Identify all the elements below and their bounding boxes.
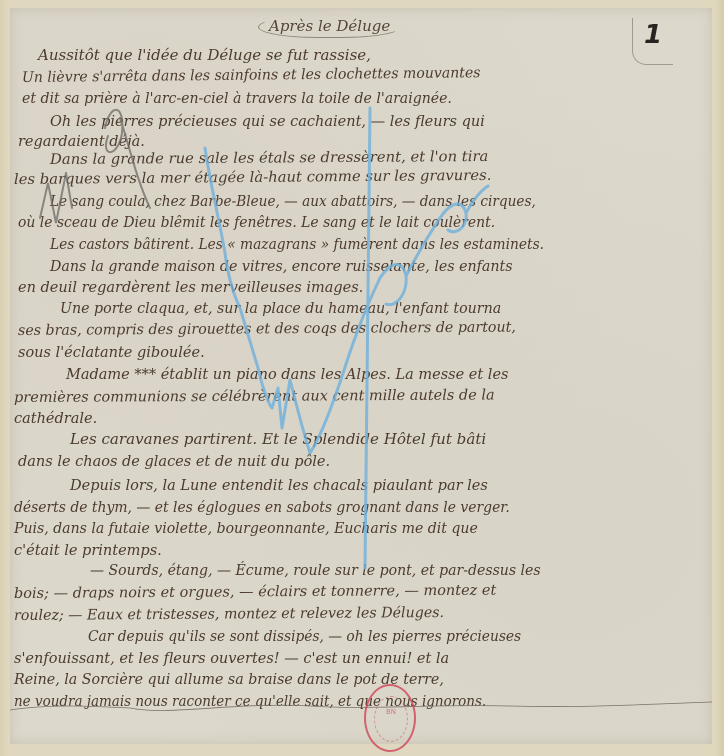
text-line: dans le chaos de glaces et de nuit du pô… bbox=[18, 454, 330, 470]
text-line: et dit sa prière à l'arc-en-ciel à trave… bbox=[22, 91, 452, 107]
text-line: Depuis lors, la Lune entendit les chacal… bbox=[70, 478, 488, 494]
text-line: s'enfouissant, et les fleurs ouvertes! —… bbox=[14, 651, 449, 667]
text-line: cathédrale. bbox=[14, 411, 97, 427]
text-line: en deuil regardèrent les merveilleuses i… bbox=[18, 280, 363, 296]
text-line: Une porte claqua, et, sur la place du ha… bbox=[60, 301, 501, 317]
text-line: Aussitôt que l'idée du Déluge se fut ras… bbox=[38, 46, 371, 64]
library-stamp-inner-ring bbox=[374, 696, 408, 742]
library-stamp: BN bbox=[364, 684, 416, 752]
text-line: Oh les pierres précieuses qui se cachaie… bbox=[50, 114, 485, 130]
text-line: Dans la grande maison de vitres, encore … bbox=[50, 259, 513, 275]
text-line: regardaient déjà. bbox=[18, 134, 145, 150]
text-line: Les castors bâtirent. Les « mazagrans » … bbox=[50, 237, 544, 253]
text-line: Puis, dans la futaie violette, bourgeonn… bbox=[14, 521, 478, 537]
text-line: Les caravanes partirent. Et le Splendide… bbox=[70, 432, 486, 448]
text-line: les barques vers la mer étagée là-haut c… bbox=[14, 168, 492, 188]
library-stamp-text: BN bbox=[376, 708, 406, 716]
text-line: Dans la grande rue sale les étals se dre… bbox=[50, 149, 488, 168]
text-line: premières communions se célébrèrent aux … bbox=[14, 387, 495, 406]
text-line: sous l'éclatante giboulée. bbox=[18, 345, 205, 361]
text-line: déserts de thym, — et les églogues en sa… bbox=[14, 500, 510, 516]
text-line: Car depuis qu'ils se sont dissipés, — oh… bbox=[88, 629, 521, 645]
text-line: où le sceau de Dieu blêmit les fenêtres.… bbox=[18, 215, 495, 231]
text-line: Un lièvre s'arrêta dans les sainfoins et… bbox=[22, 65, 481, 86]
text-line: bois; — draps noirs et orgues, — éclairs… bbox=[14, 583, 496, 602]
text-line: roulez; — Eaux et tristesses, montez et … bbox=[14, 605, 444, 624]
text-line: Madame *** établit un piano dans les Alp… bbox=[66, 367, 508, 383]
text-line: c'était le printemps. bbox=[14, 543, 162, 559]
text-line: ses bras, compris des girouettes et des … bbox=[18, 320, 516, 339]
manuscript-sheet: Après le Déluge 1 Aussitôt que l'idée du… bbox=[10, 8, 712, 744]
manuscript-text: Aussitôt que l'idée du Déluge se fut ras… bbox=[10, 8, 712, 744]
end-rule-line bbox=[10, 698, 712, 718]
text-line: — Sourds, étang, — Écume, roule sur le p… bbox=[90, 563, 541, 579]
manuscript-scan: Après le Déluge 1 Aussitôt que l'idée du… bbox=[0, 0, 724, 756]
text-line: Le sang coula, chez Barbe-Bleue, — aux a… bbox=[50, 194, 536, 210]
